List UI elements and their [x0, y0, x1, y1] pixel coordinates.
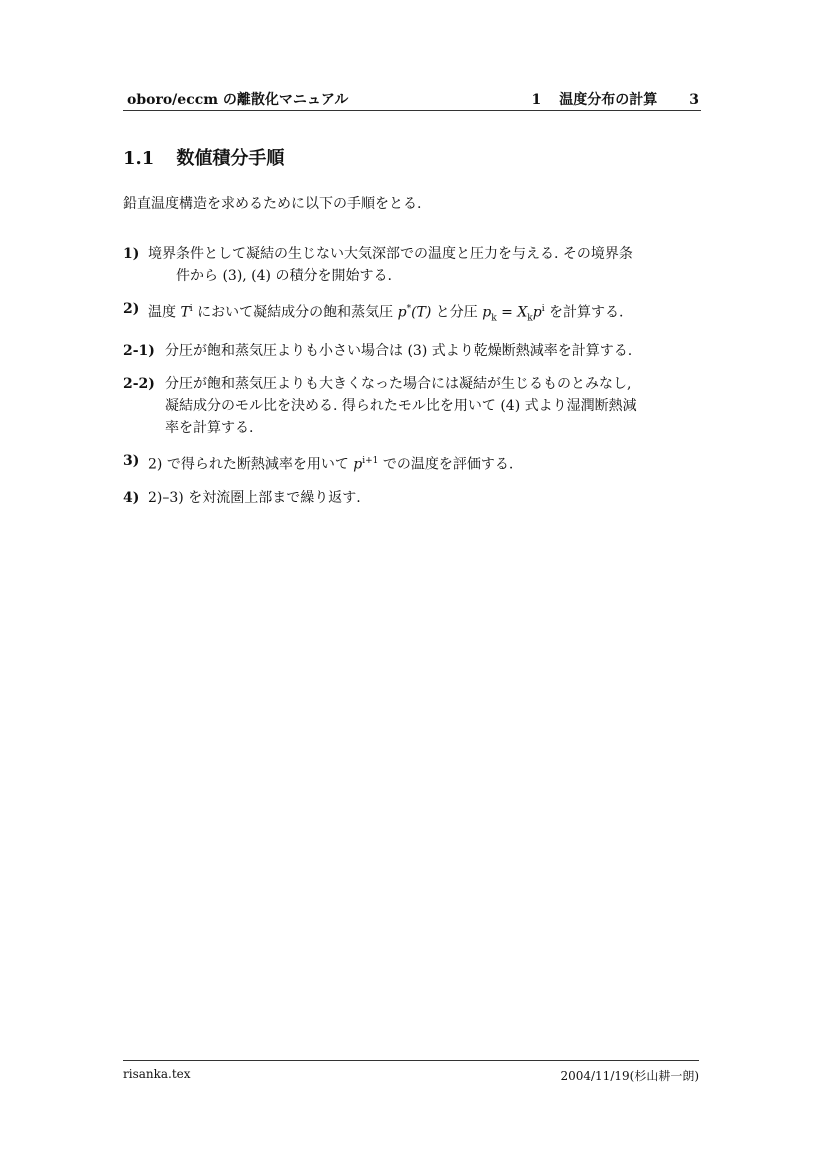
item-text-line: 凝結成分のモル比を決める. 得られたモル比を用いて (4) 式より湿潤断熱減 [165, 395, 703, 417]
item-label: 4) [123, 487, 139, 509]
running-section: 1温度分布の計算3 [532, 89, 700, 109]
math-sup: i+1 [362, 456, 378, 466]
item-label: 2-2) [123, 373, 155, 395]
math-T-arg: (T) [411, 305, 431, 321]
item-text: での温度を評価する. [378, 457, 513, 473]
running-title: oboro/eccm の離散化マニュアル [127, 89, 348, 109]
item-text: と分圧 [431, 305, 482, 321]
footer-date-author: 2004/11/19(杉山耕一朗) [560, 1067, 699, 1084]
list-item: 2-2) 分圧が飽和蒸気圧よりも大きくなった場合には凝結が生じるものとみなし, … [123, 373, 703, 439]
math-p: p [398, 305, 407, 321]
list-item: 4) 2)–3) を対流圏上部まで繰り返す. [123, 487, 703, 509]
math-equals: = [497, 305, 518, 321]
page-footer: risanka.tex 2004/11/19(杉山耕一朗) [123, 1060, 699, 1061]
item-body: 分圧が飽和蒸気圧よりも大きくなった場合には凝結が生じるものとみなし, 凝結成分の… [123, 373, 703, 439]
item-body: 境界条件として凝結の生じない大気深部での温度と圧力を与える. その境界条 件から… [123, 243, 703, 287]
list-item: 2-1) 分圧が飽和蒸気圧よりも小さい場合は (3) 式より乾燥断熱減率を計算す… [123, 340, 703, 362]
item-body: 温度 Ti において凝結成分の飽和蒸気圧 p*(T) と分圧 pk = Xkpi… [123, 298, 703, 329]
section-title: 数値積分手順 [176, 148, 284, 169]
running-title-jp: の離散化マニュアル [218, 92, 348, 108]
item-label: 2-1) [123, 340, 155, 362]
item-text: 温度 [148, 305, 180, 321]
list-item: 2) 温度 Ti において凝結成分の飽和蒸気圧 p*(T) と分圧 pk = X… [123, 298, 703, 329]
procedure-list: 1) 境界条件として凝結の生じない大気深部での温度と圧力を与える. その境界条 … [123, 243, 703, 520]
page-header: oboro/eccm の離散化マニュアル 1温度分布の計算3 [123, 88, 701, 111]
item-body: 2)–3) を対流圏上部まで繰り返す. [123, 487, 703, 509]
math-X: X [517, 305, 527, 321]
item-text: 2) で得られた断熱減率を用いて [148, 457, 353, 473]
section-heading: 1.1数値積分手順 [123, 144, 284, 170]
item-text-line: 分圧が飽和蒸気圧よりも大きくなった場合には凝結が生じるものとみなし, [165, 373, 703, 395]
list-item: 1) 境界条件として凝結の生じない大気深部での温度と圧力を与える. その境界条 … [123, 243, 703, 287]
item-text-line: 率を計算する. [165, 417, 703, 439]
section-number: 1.1 [123, 148, 154, 169]
item-text-line: 件から (3), (4) の積分を開始する. [148, 265, 703, 287]
item-text: において凝結成分の飽和蒸気圧 [193, 305, 398, 321]
math-p: p [533, 305, 542, 321]
item-text-line: 境界条件として凝結の生じない大気深部での温度と圧力を与える. その境界条 [148, 246, 633, 262]
running-title-latin: oboro/eccm [127, 92, 218, 108]
item-text: を計算する. [545, 305, 624, 321]
list-item: 3) 2) で得られた断熱減率を用いて pi+1 での温度を評価する. [123, 450, 703, 476]
item-label: 1) [123, 243, 139, 265]
math-p: p [353, 457, 362, 473]
footer-filename: risanka.tex [123, 1067, 191, 1081]
math-pk: p [482, 305, 491, 321]
item-label: 3) [123, 450, 139, 472]
item-label: 2) [123, 298, 139, 320]
item-body: 分圧が飽和蒸気圧よりも小さい場合は (3) 式より乾燥断熱減率を計算する. [123, 340, 703, 362]
item-body: 2) で得られた断熱減率を用いて pi+1 での温度を評価する. [123, 450, 703, 476]
running-section-title: 温度分布の計算 [559, 89, 657, 109]
intro-paragraph: 鉛直温度構造を求めるために以下の手順をとる. [123, 193, 421, 213]
running-section-number: 1 [532, 92, 542, 108]
math-T: T [180, 305, 189, 321]
page-number: 3 [689, 92, 699, 108]
